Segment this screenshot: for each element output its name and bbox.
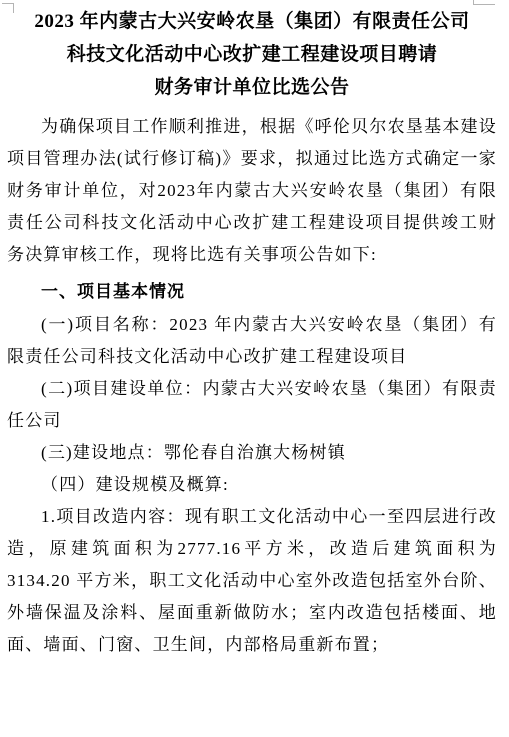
section1-item-project-name: (一)项目名称：2023 年内蒙古大兴安岭农垦（集团）有限责任公司科技文化活动中…: [7, 309, 497, 373]
section1-item-scale-heading: （四）建设规模及概算:: [7, 469, 497, 501]
section1-item-renovation-content: 1.项目改造内容：现有职工文化活动中心一至四层进行改造，原建筑面积为2777.1…: [7, 501, 497, 661]
section1-heading: 一、项目基本情况: [7, 276, 497, 308]
section1-item-construction-unit: (二)项目建设单位：内蒙古大兴安岭农垦（集团）有限责任公司: [7, 373, 497, 437]
title-line-3: 财务审计单位比选公告: [7, 71, 497, 104]
intro-paragraph: 为确保项目工作顺利推进，根据《呼伦贝尔农垦基本建设项目管理办法(试行修订稿)》要…: [7, 111, 497, 271]
section1-item-location: (三)建设地点：鄂伦春自治旗大杨树镇: [7, 437, 497, 469]
document-text: 为确保项目工作顺利推进，根据《呼伦贝尔农垦基本建设项目管理办法(试行修订稿)》要…: [7, 111, 497, 661]
title-line-1: 2023 年内蒙古大兴安岭农垦（集团）有限责任公司: [7, 5, 497, 38]
document-body: 2023 年内蒙古大兴安岭农垦（集团）有限责任公司 科技文化活动中心改扩建工程建…: [0, 0, 509, 661]
title-line-2: 科技文化活动中心改扩建工程建设项目聘请: [7, 38, 497, 71]
document-page: { "document": { "title_lines": [ "2023 年…: [0, 0, 509, 737]
document-title: 2023 年内蒙古大兴安岭农垦（集团）有限责任公司 科技文化活动中心改扩建工程建…: [7, 5, 497, 104]
